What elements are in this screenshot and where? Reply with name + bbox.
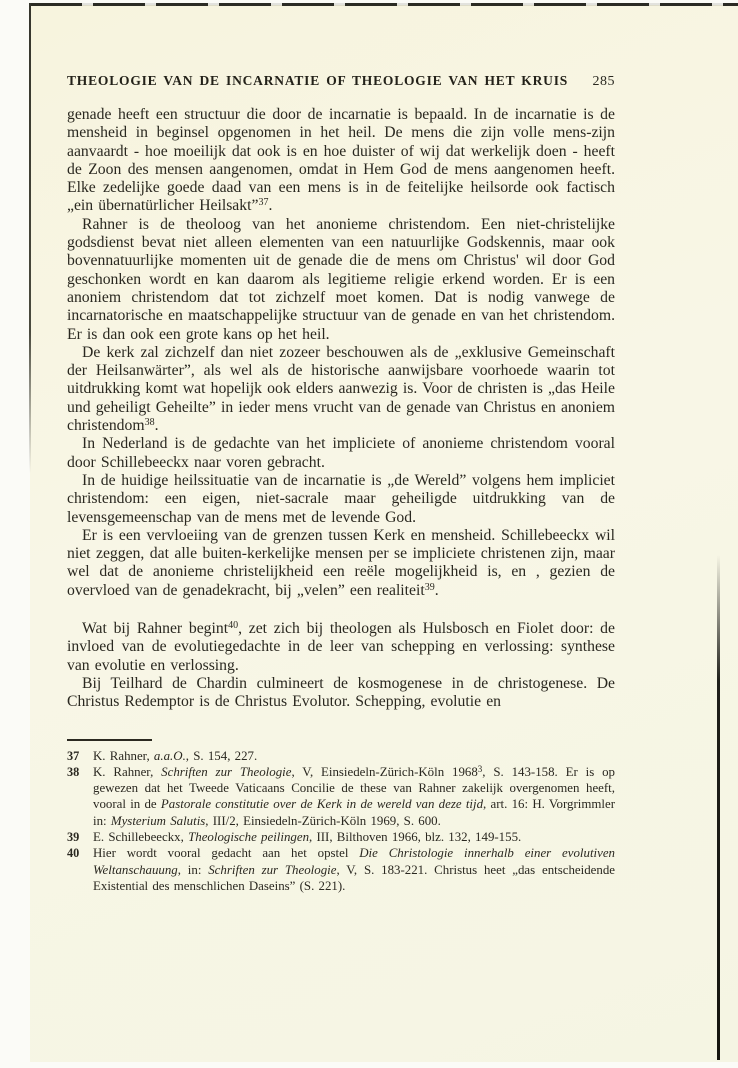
footnote-text: Hier wordt vooral gedacht aan het opstel… [93,845,615,894]
scan-right-edge-line [717,555,720,1060]
running-header: THEOLOGIE VAN DE INCARNATIE OF THEOLOGIE… [67,73,615,90]
text-segment-italic: Schriften zur Theologie [208,863,336,877]
text-segment: Er is een vervloeiing van de grenzen tus… [67,527,615,599]
text-segment-italic: Schriften zur Theologie [161,765,291,779]
footnote-40: 40 Hier wordt vooral gedacht aan het ops… [67,845,615,894]
text-segment: In de huidige heilssituatie van de incar… [67,472,615,526]
text-segment-italic: a.a.O. [154,749,186,763]
paragraph-5: In de huidige heilssituatie van de incar… [67,472,615,527]
footnote-38: 38 K. Rahner, Schriften zur Theologie, V… [67,764,615,829]
text-segment: , in: [178,863,208,877]
text-segment: genade heeft een structuur die door de i… [67,106,615,214]
paragraph-1: genade heeft een structuur die door de i… [67,106,615,216]
text-segment: K. Rahner, [93,765,161,779]
text-segment-italic: Pastorale constitutie over de Kerk in de… [161,797,483,811]
footnote-text: E. Schillebeeckx, Theologische peilingen… [93,829,615,845]
text-segment-italic: Mysterium Salutis [111,814,205,828]
footnote-marker-38: 38 [145,417,155,428]
text-segment: . [268,197,272,214]
scan-left-edge-line [29,3,31,473]
paragraph-8: Bij Teilhard de Chardin culmineert de ko… [67,675,615,712]
page-content: THEOLOGIE VAN DE INCARNATIE OF THEOLOGIE… [67,0,615,894]
footnote-39: 39 E. Schillebeeckx, Theologische peilin… [67,829,615,845]
text-segment: E. Schillebeeckx, [93,830,188,844]
scanned-book-page: THEOLOGIE VAN DE INCARNATIE OF THEOLOGIE… [0,0,738,1068]
text-segment: , V, Einsiedeln-Zürich-Köln 1968 [291,765,477,779]
text-segment: Rahner is de theoloog van het anonieme c… [67,216,615,343]
footnote-number: 40 [67,845,93,894]
footnote-marker-40: 40 [228,620,238,631]
footnote-separator-rule [67,739,152,741]
paragraph-2: Rahner is de theoloog van het anonieme c… [67,216,615,344]
paragraph-7: Wat bij Rahner begint40, zet zich bij th… [67,620,615,675]
body-text: genade heeft een structuur die door de i… [67,106,615,712]
text-segment: Wat bij Rahner begint [82,620,228,637]
paragraph-4: In Nederland is de gedachte van het impl… [67,435,615,472]
footnote-text: K. Rahner, a.a.O., S. 154, 227. [93,748,615,764]
text-segment: Bij Teilhard de Chardin culmineert de ko… [67,675,615,710]
text-segment: In Nederland is de gedachte van het impl… [67,435,615,470]
footnote-37: 37 K. Rahner, a.a.O., S. 154, 227. [67,748,615,764]
paragraph-6: Er is een vervloeiing van de grenzen tus… [67,527,615,600]
text-segment: , S. 154, 227. [186,749,257,763]
paragraph-3: De kerk zal zichzelf dan niet zozeer bes… [67,344,615,435]
text-segment: K. Rahner, [93,749,154,763]
text-segment: , III/2, Einsiedeln-Zürich-Köln 1969, S.… [205,814,441,828]
footnote-text: K. Rahner, Schriften zur Theologie, V, E… [93,764,615,829]
footnote-marker-37: 37 [258,197,268,208]
footnote-number: 38 [67,764,93,829]
text-segment: . [435,582,439,599]
footnote-marker-39: 39 [425,582,435,593]
page-number: 285 [593,74,616,90]
footnotes-section: 37 K. Rahner, a.a.O., S. 154, 227. 38 K.… [67,739,615,895]
text-segment: . [155,417,159,434]
text-segment: Hier wordt vooral gedacht aan het opstel [93,846,359,860]
text-segment-italic: Theologische peilingen [188,830,309,844]
footnote-number: 37 [67,748,93,764]
running-header-title: THEOLOGIE VAN DE INCARNATIE OF THEOLOGIE… [67,73,568,89]
text-segment: , III, Bilthoven 1966, blz. 132, 149-155… [309,830,521,844]
footnote-number: 39 [67,829,93,845]
